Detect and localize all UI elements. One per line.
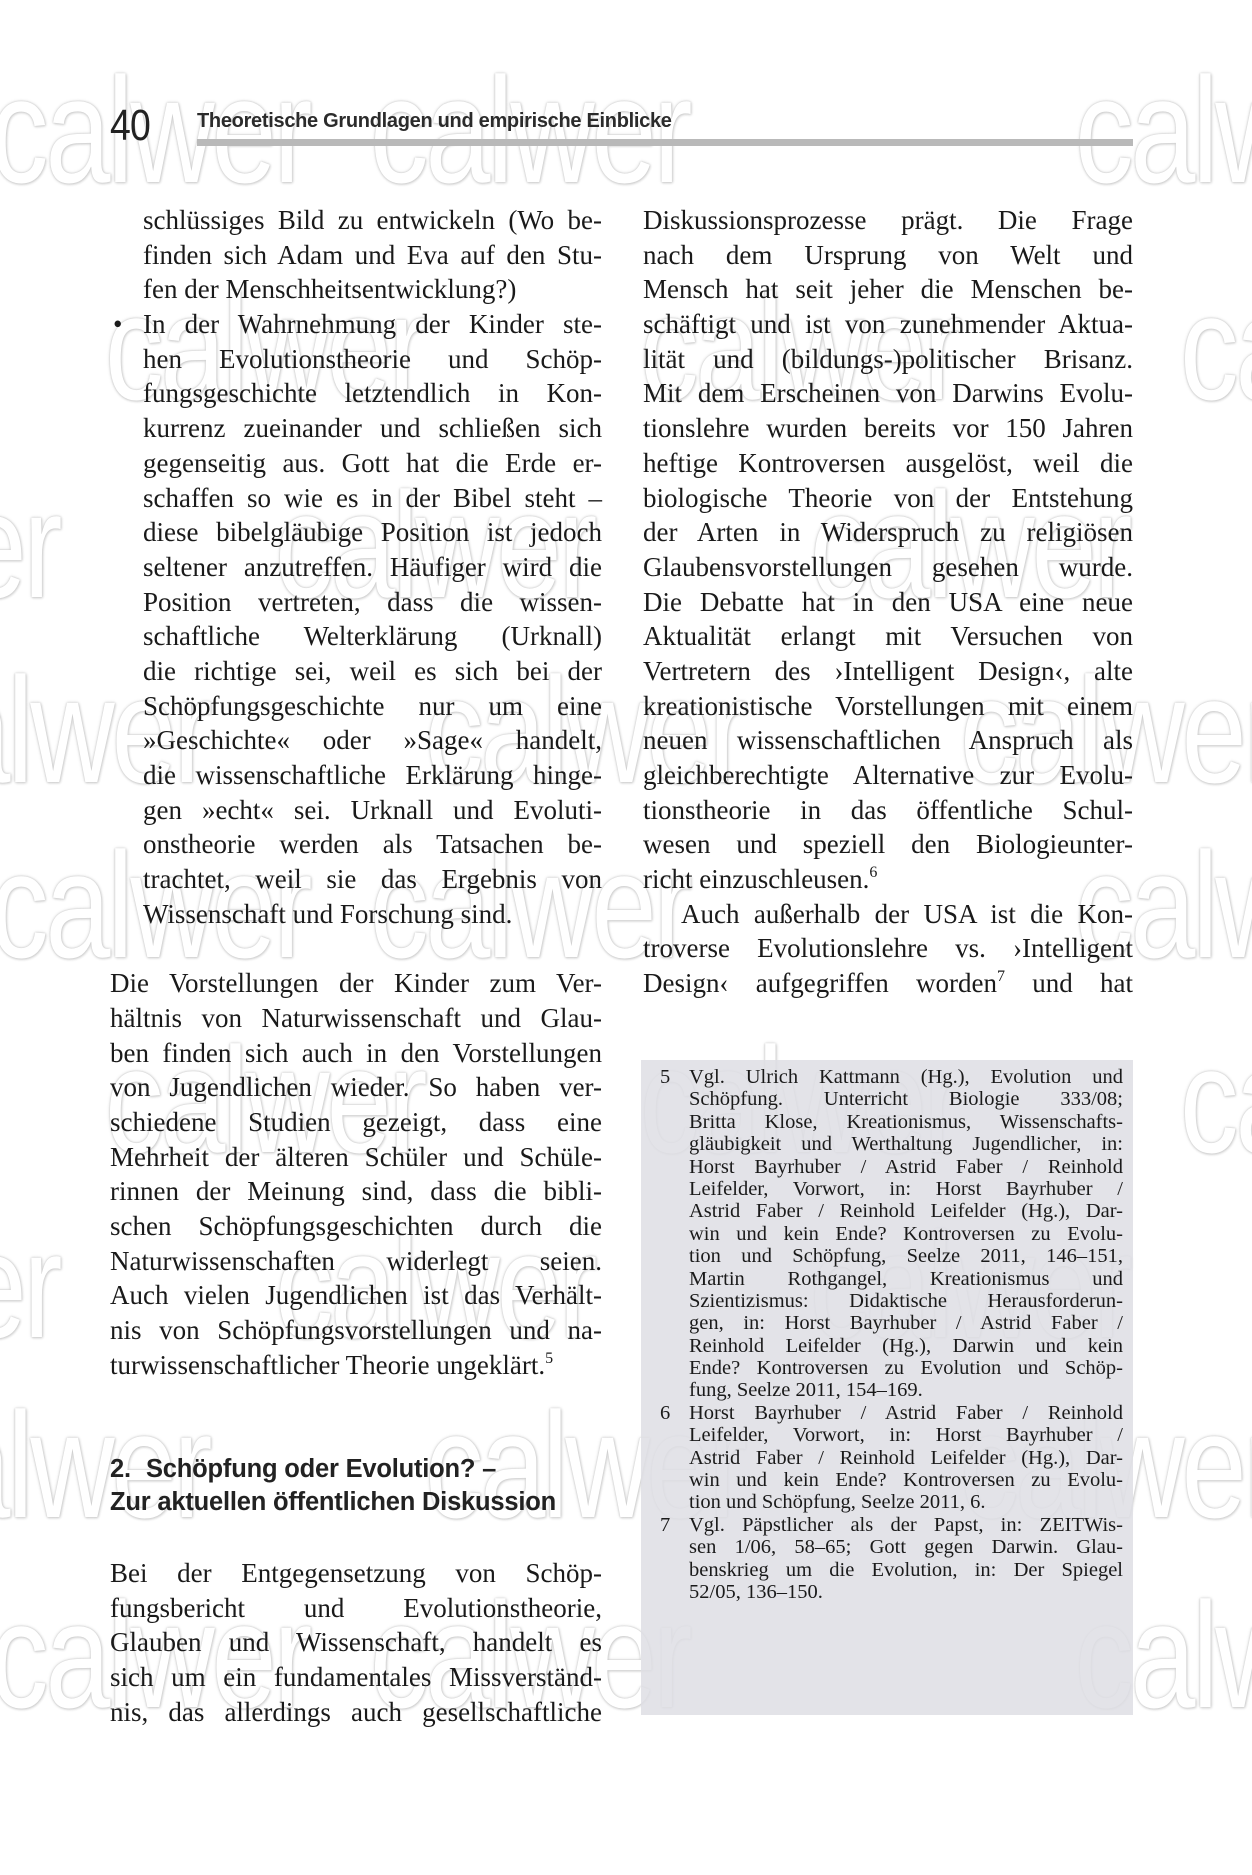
text-line: kreationistische Vorstellungen mit einem — [643, 689, 1133, 724]
text-line: nach dem Ursprung von Welt und — [643, 238, 1133, 273]
text-line: nis von Schöpfungsvorstellungen und na- — [110, 1313, 602, 1348]
footnote-number: 6 — [660, 1402, 670, 1424]
text-line-content: und hat — [1005, 968, 1133, 998]
text-line: »Geschichte« oder »Sage« handelt, — [143, 723, 602, 758]
footnote-line: Vgl. Ulrich Kattmann (Hg.), Evolution un… — [689, 1066, 1123, 1088]
footnote-line: win und kein Ende? Kontroversen zu Evolu… — [689, 1469, 1123, 1491]
text-line: diese bibelgläubige Position ist jedoch — [143, 515, 602, 550]
footnotes: 5 Vgl. Ulrich Kattmann (Hg.), Evolution … — [660, 1066, 1123, 1603]
text-line: onstheorie werden als Tatsachen be- — [143, 827, 602, 862]
text-line: Position vertreten, dass die wissen- — [143, 585, 602, 620]
text-line: Design‹ aufgegriffen worden7 und hat — [643, 966, 1133, 1001]
footnote-line: Leifelder, Vorwort, in: Horst Bayrhuber … — [689, 1424, 1123, 1446]
text-line: richt einzuschleusen.6 — [643, 862, 1133, 897]
left-column: schlüssiges Bild zu entwickeln (Wo be- f… — [110, 203, 602, 1382]
footnote-line: tion und Schöpfung, Seelze 2011, 146–151… — [689, 1245, 1123, 1267]
footnote-line: tion und Schöpfung, Seelze 2011, 6. — [689, 1491, 1123, 1513]
footnote-line: Vgl. Päpstlicher als der Papst, in: ZEIT… — [689, 1514, 1123, 1536]
text-line: schlüssiges Bild zu entwickeln (Wo be- — [143, 203, 602, 238]
text-line: nis, das allerdings auch gesellschaftlic… — [110, 1695, 602, 1730]
section-title-part-1: Schöpfung oder Evolution? – — [146, 1455, 496, 1483]
footnote-line: fung, Seelze 2011, 154–169. — [689, 1379, 1123, 1401]
text-line: Mit dem Erscheinen von Darwins Evolu- — [643, 376, 1133, 411]
footnote-number: 5 — [660, 1066, 670, 1088]
section-paragraph: Bei der Entgegensetzung von Schöp- fungs… — [110, 1556, 602, 1729]
paragraph: Auch außerhalb der USA ist die Kon- trov… — [643, 897, 1133, 1001]
section-number: 2. — [110, 1453, 146, 1486]
section-heading-line-1: 2.Schöpfung oder Evolution? – — [110, 1453, 610, 1486]
footnote-5: 5 Vgl. Ulrich Kattmann (Hg.), Evolution … — [660, 1066, 1123, 1402]
text-line: schen Schöpfungsgeschichten durch die — [110, 1209, 602, 1244]
text-line: die richtige sei, weil es sich bei der — [143, 654, 602, 689]
footnote-line: Astrid Faber / Reinhold Leifelder (Hg.),… — [689, 1200, 1123, 1222]
continued-list-item: schlüssiges Bild zu entwickeln (Wo be- f… — [110, 203, 602, 307]
header-rule — [197, 139, 1133, 146]
text-line: heftige Kontroversen ausgelöst, weil die — [643, 446, 1133, 481]
text-line: Die Debatte hat in den USA eine neue — [643, 585, 1133, 620]
footnote-line: Astrid Faber / Reinhold Leifelder (Hg.),… — [689, 1447, 1123, 1469]
text-line-content: Design‹ aufgegriffen worden — [643, 968, 997, 998]
footnote-line: benskrieg um die Evolution, in: Der Spie… — [689, 1559, 1123, 1581]
page-number: 40 — [110, 104, 150, 148]
text-line: Vertretern des ›Intelligent Design‹, alt… — [643, 654, 1133, 689]
footnote-line: gen, in: Horst Bayrhuber / Astrid Faber … — [689, 1312, 1123, 1334]
footnote-ref-6[interactable]: 6 — [869, 864, 877, 881]
text-line: Aktualität erlangt mit Versuchen von — [643, 619, 1133, 654]
paragraph-gap — [110, 931, 602, 966]
footnote-line: Leifelder, Vorwort, in: Horst Bayrhuber … — [689, 1178, 1123, 1200]
text-line: Mensch hat seit jeher die Menschen be- — [643, 272, 1133, 307]
paragraph: Diskussionsprozesse prägt. Die Frage nac… — [643, 203, 1133, 897]
page: 40 Theoretische Grundlagen und empirisch… — [0, 0, 1252, 1875]
text-line: fungsbericht und Evolutionstheorie, — [110, 1591, 602, 1626]
text-line: fungsgeschichte letztendlich in Kon- — [143, 376, 602, 411]
text-line: ben finden sich auch in den Vorstellunge… — [110, 1036, 602, 1071]
text-line-content: turwissenschaftlicher Theorie ungeklärt. — [110, 1350, 545, 1380]
footnote-line: Horst Bayrhuber / Astrid Faber / Reinhol… — [689, 1402, 1123, 1424]
text-line-content: richt einzuschleusen. — [643, 864, 869, 894]
text-line: neuen wissenschaftlichen Anspruch als — [643, 723, 1133, 758]
text-line: wesen und speziell den Biologieunter- — [643, 827, 1133, 862]
text-line: turwissenschaftlicher Theorie ungeklärt.… — [110, 1348, 602, 1383]
text-line: Die Vorstellungen der Kinder zum Ver- — [110, 966, 602, 1001]
footnote-line: gläubigkeit und Werthaltung Jugendlicher… — [689, 1133, 1123, 1155]
footnote-number: 7 — [660, 1514, 670, 1536]
footnote-line: Britta Klose, Kreationismus, Wissenschaf… — [689, 1111, 1123, 1133]
text-line: Wissenschaft und Forschung sind. — [143, 897, 602, 932]
text-line: kurrenz zueinander und schließen sich — [143, 411, 602, 446]
text-line: trachtet, weil sie das Ergebnis von — [143, 862, 602, 897]
text-line: gen »echt« sei. Urknall und Evoluti- — [143, 793, 602, 828]
footnote-ref-7[interactable]: 7 — [997, 968, 1005, 985]
text-line: gleichberechtigte Alternative zur Evolu- — [643, 758, 1133, 793]
text-line: lität und (bildungs-)politischer Brisanz… — [643, 342, 1133, 377]
text-line: hältnis von Naturwissenschaft und Glau- — [110, 1001, 602, 1036]
text-line: seltener anzutreffen. Häufiger wird die — [143, 550, 602, 585]
text-line: In der Wahrnehmung der Kinder ste- — [143, 307, 602, 342]
text-line: finden sich Adam und Eva auf den Stu- — [143, 238, 602, 273]
text-line: die wissenschaftliche Erklärung hinge- — [143, 758, 602, 793]
text-line: sich um ein fundamentales Missverständ- — [110, 1660, 602, 1695]
running-head: Theoretische Grundlagen und empirische E… — [197, 110, 672, 133]
footnote-line: Horst Bayrhuber / Astrid Faber / Reinhol… — [689, 1156, 1123, 1178]
text-line: tionslehre wurden bereits vor 150 Jahren — [643, 411, 1133, 446]
text-line: Bei der Entgegensetzung von Schöp- — [110, 1556, 602, 1591]
text-line: von Jugendlichen wieder. So haben ver- — [110, 1070, 602, 1105]
section-heading: 2.Schöpfung oder Evolution? – Zur aktuel… — [110, 1453, 610, 1519]
text-line: troverse Evolutionslehre vs. ›Intelligen… — [643, 931, 1133, 966]
text-line: Glaubensvorstellungen gesehen wurde. — [643, 550, 1133, 585]
text-line: Glauben und Wissenschaft, handelt es — [110, 1625, 602, 1660]
footnote-line: Martin Rothgangel, Kreationismus und — [689, 1268, 1123, 1290]
footnote-ref-5[interactable]: 5 — [545, 1350, 553, 1367]
text-line: rinnen der Meinung sind, dass die bibli- — [110, 1174, 602, 1209]
bullet-icon: • — [113, 307, 122, 342]
bullet-list-item: • In der Wahrnehmung der Kinder ste- hen… — [110, 307, 602, 931]
text-line: Auch außerhalb der USA ist die Kon- — [643, 897, 1133, 932]
footnote-line: Schöpfung. Unterricht Biologie 333/08; — [689, 1088, 1123, 1110]
text-line: hen Evolutionstheorie und Schöp- — [143, 342, 602, 377]
footnote-line: Szientizismus: Didaktische Herausforderu… — [689, 1290, 1123, 1312]
text-line: tionstheorie in das öffentliche Schul- — [643, 793, 1133, 828]
text-line: Auch vielen Jugendlichen ist das Verhält… — [110, 1278, 602, 1313]
text-line: biologische Theorie von der Entstehung — [643, 481, 1133, 516]
text-line: schaffen so wie es in der Bibel steht – — [143, 481, 602, 516]
footnote-6: 6 Horst Bayrhuber / Astrid Faber / Reinh… — [660, 1402, 1123, 1514]
text-line: Diskussionsprozesse prägt. Die Frage — [643, 203, 1133, 238]
right-column: Diskussionsprozesse prägt. Die Frage nac… — [643, 203, 1133, 1001]
footnote-line: sen 1/06, 58–65; Gott gegen Darwin. Glau… — [689, 1536, 1123, 1558]
footnote-line: 52/05, 136–150. — [689, 1581, 1123, 1603]
text-line: der Arten in Widerspruch zu religiösen — [643, 515, 1133, 550]
text-line: Naturwissenschaften widerlegt seien. — [110, 1244, 602, 1279]
text-line: schaftliche Welterklärung (Urknall) — [143, 619, 602, 654]
paragraph: Die Vorstellungen der Kinder zum Ver- hä… — [110, 966, 602, 1382]
footnote-line: Reinhold Leifelder (Hg.), Darwin und kei… — [689, 1335, 1123, 1357]
text-line: Mehrheit der älteren Schüler und Schüle- — [110, 1140, 602, 1175]
footnote-7: 7 Vgl. Päpstlicher als der Papst, in: ZE… — [660, 1514, 1123, 1604]
footnote-line: win und kein Ende? Kontroversen zu Evolu… — [689, 1223, 1123, 1245]
text-line: fen der Menschheitsentwicklung?) — [143, 272, 602, 307]
text-line: schäftigt und ist von zunehmender Aktua- — [643, 307, 1133, 342]
text-line: gegenseitig aus. Gott hat die Erde er- — [143, 446, 602, 481]
section-title-part-2: Zur aktuellen öffentlichen Diskussion — [110, 1486, 610, 1519]
footnote-line: Ende? Kontroversen zu Evolution und Schö… — [689, 1357, 1123, 1379]
text-line: Schöpfungsgeschichte nur um eine — [143, 689, 602, 724]
text-line: schiedene Studien gezeigt, dass eine — [110, 1105, 602, 1140]
